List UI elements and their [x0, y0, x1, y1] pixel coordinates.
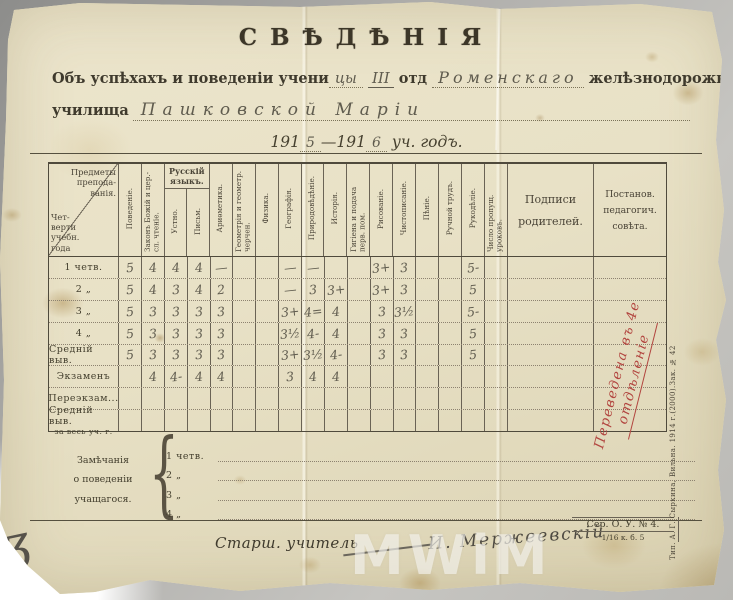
- handwritten-grade: 3½: [279, 325, 301, 342]
- grade-cell: 4: [211, 366, 234, 387]
- dotted-leader: [218, 466, 695, 481]
- grade-cell: [416, 257, 439, 278]
- row-label-text: 2 „: [76, 284, 92, 295]
- grade-cell: 4: [325, 301, 348, 322]
- grade-cell: 3+: [279, 345, 302, 366]
- column-header-text: Законъ Божій и цер.-сл. чтеніе.: [144, 166, 161, 252]
- row-label-text: 3 „: [76, 306, 92, 317]
- handwritten-grade: 4: [171, 260, 180, 276]
- handwritten-grade: 3+: [280, 347, 300, 364]
- grades-table-header: Предметы препода- ванія. Чет- верти учеб…: [49, 164, 666, 257]
- table-row: Средній выв.533333+3½4-335: [49, 345, 666, 367]
- grade-cell: [256, 279, 279, 300]
- grade-cell: [485, 257, 508, 278]
- grade-cell: 3: [371, 345, 394, 366]
- grade-cell: 5: [119, 323, 142, 344]
- grade-cell: 2: [211, 279, 234, 300]
- grade-cell: 3+: [325, 279, 348, 300]
- grade-cell: 3: [188, 301, 211, 322]
- row-label: Средній выв.за весь уч. г.: [49, 410, 119, 431]
- grade-cell: [394, 410, 417, 431]
- grade-cell: 5: [119, 257, 142, 278]
- handwritten-grade: 4: [148, 260, 157, 276]
- grade-cell: [462, 410, 485, 431]
- handwritten-grade: 3: [217, 303, 226, 319]
- intro-line-1: Объ успѣхахъ и поведеніи ученицы III отд…: [52, 68, 733, 87]
- grade-cell: [371, 388, 394, 409]
- grade-cell: [279, 388, 302, 409]
- handwritten-grade: 5-: [466, 303, 480, 319]
- year-prefix: 191: [270, 133, 300, 151]
- grade-cell: [233, 388, 256, 409]
- grade-cell: [233, 366, 256, 387]
- handwritten-grade: 3: [217, 347, 226, 363]
- grade-cell: [439, 410, 462, 431]
- handwritten-grade: 4-: [306, 325, 320, 341]
- grade-cell: 4: [142, 257, 165, 278]
- column-header: Письм.: [187, 189, 208, 256]
- handwritten-grade: 5: [125, 325, 134, 341]
- handwritten-grade: 3+: [372, 281, 392, 298]
- grade-cell: [416, 301, 439, 322]
- handwritten-grade: 3: [400, 347, 409, 363]
- series-number: Сер. О. У. № 4.: [572, 517, 674, 532]
- grade-cell: 3: [142, 301, 165, 322]
- column-header-signatures: Подписи родителей.: [508, 164, 594, 256]
- grade-cell: 3: [211, 345, 234, 366]
- remarks-rows: 1 четв. 2 „ 3 „ 4 „: [166, 442, 695, 520]
- grade-cell: [325, 410, 348, 431]
- column-header: Ариѳметика.: [210, 164, 233, 256]
- remarks-label-line3: учащагося.: [54, 490, 152, 509]
- handwritten-grade: 3: [400, 260, 409, 276]
- grade-cell: —: [211, 257, 234, 278]
- column-header: Физика.: [256, 164, 279, 256]
- handwritten-grade: 3: [217, 325, 226, 341]
- grade-cell: 3+: [371, 279, 394, 300]
- handwritten-grade: 4: [194, 281, 203, 297]
- table-row: 1 четв.5444———3+35-: [49, 257, 666, 279]
- grade-cell: [348, 345, 371, 366]
- grade-cell: 4: [165, 257, 188, 278]
- year-suffix: уч. годъ.: [392, 133, 463, 151]
- handwritten-grade: 3: [400, 281, 409, 297]
- column-header-text: Устно.: [171, 209, 180, 234]
- grade-cell: [256, 323, 279, 344]
- column-header-text: Физика.: [262, 193, 271, 224]
- grade-cell: 5: [462, 345, 485, 366]
- grade-cell: [233, 257, 256, 278]
- series-block: Сер. О. У. № 4. 1/16 к. б. 5: [572, 517, 679, 542]
- remarks-label: Замѣчанія о поведеніи учащагося.: [54, 451, 152, 509]
- grade-cell: 3: [142, 345, 165, 366]
- column-header: Чистописаніе.: [393, 164, 416, 256]
- remarks-row-label: 2 „: [166, 470, 218, 481]
- grade-cell: [439, 301, 462, 322]
- grade-cell: [485, 279, 508, 300]
- grade-cell: [256, 345, 279, 366]
- handwritten-grade: 4: [148, 369, 157, 385]
- signatures-label-line2: родителей.: [518, 215, 583, 228]
- handwritten-grade: 3: [377, 347, 386, 363]
- column-header: Рисованіе.: [370, 164, 393, 256]
- senior-teacher-label: Старш. учитель: [215, 534, 359, 552]
- handwritten-grade: 3½: [394, 303, 416, 320]
- grade-cell: [371, 410, 394, 431]
- grade-cell: [325, 388, 348, 409]
- row-label: Средній выв.: [49, 345, 119, 366]
- grade-cell: 3: [279, 366, 302, 387]
- handwritten-grade: 4: [148, 281, 157, 297]
- grade-cell: 4-: [165, 366, 188, 387]
- grade-cell: 4-: [302, 323, 325, 344]
- column-header: Законъ Божій и цер.-сл. чтеніе.: [142, 164, 165, 256]
- table-row: 3 „533333+4=433½5-: [49, 301, 666, 323]
- handwritten-grade: 5: [468, 347, 477, 363]
- parent-signature-cell: [508, 323, 594, 344]
- grade-cell: [348, 279, 371, 300]
- column-header: Поведеніе.: [119, 164, 142, 256]
- grade-cell: 3: [142, 323, 165, 344]
- grade-cell: 3: [165, 345, 188, 366]
- handwritten-student-name: Пашковской Маріи: [133, 100, 431, 120]
- handwritten-grade: 3: [171, 347, 180, 363]
- grade-cell: [233, 323, 256, 344]
- handwritten-grade: 4: [331, 369, 340, 385]
- row-label-text: Средній выв.: [49, 344, 118, 366]
- column-header: Гигіена и подача перв. пом.: [347, 164, 370, 256]
- handwritten-grade: 3: [171, 281, 180, 297]
- council-label-line1: Постанов.: [605, 189, 655, 200]
- price-note: 1/16 к. б. 5: [572, 532, 674, 542]
- grade-cell: 3: [165, 279, 188, 300]
- handwritten-grade: 3+: [372, 259, 392, 276]
- handwritten-grade: 3+: [326, 281, 346, 298]
- parent-signature-cell: [508, 301, 594, 322]
- column-header: Ручной трудъ.: [439, 164, 462, 256]
- column-header-text: Ариѳметика.: [216, 184, 225, 232]
- grade-cell: [485, 388, 508, 409]
- handwritten-grade: 4: [308, 369, 317, 385]
- grade-cell: 5: [462, 279, 485, 300]
- intro-line-2: училища Пашковской Маріи: [52, 100, 690, 121]
- intro-printed-text: Объ успѣхахъ и поведеніи учени: [52, 70, 329, 87]
- column-header-text: Ручной трудъ.: [446, 181, 455, 235]
- row-label: 4 „: [49, 323, 119, 344]
- column-header-text: Гигіена и подача перв. пом.: [350, 166, 367, 252]
- grades-rows: 1 четв.5444———3+35-2 „54342—33+3+353 „53…: [49, 257, 666, 431]
- grade-cell: 3+: [371, 257, 394, 278]
- grade-cell: 5: [119, 301, 142, 322]
- handwritten-grade: 3: [400, 325, 409, 341]
- grade-cell: [325, 257, 348, 278]
- column-header: Устно.: [165, 189, 187, 256]
- document-title: СВѢДѢНІЯ: [0, 24, 733, 51]
- grade-cell: [188, 410, 211, 431]
- grade-cell: [188, 388, 211, 409]
- handwritten-grade: 5: [468, 325, 477, 341]
- grade-cell: [211, 410, 234, 431]
- remarks-row: 1 четв.: [166, 442, 695, 462]
- grade-cell: [439, 323, 462, 344]
- table-row: 2 „54342—33+3+35: [49, 279, 666, 301]
- column-header-text: Чистописаніе.: [400, 181, 409, 235]
- handwritten-grade: 3: [171, 325, 180, 341]
- grade-cell: —: [279, 279, 302, 300]
- handwritten-grade: 4: [331, 325, 340, 341]
- grade-cell: 3: [394, 345, 417, 366]
- grade-cell: [348, 366, 371, 387]
- grade-cell: [119, 410, 142, 431]
- handwritten-grade: —: [306, 259, 320, 275]
- row-label-text: Средній выв.: [49, 405, 118, 427]
- grade-cell: [348, 323, 371, 344]
- handwritten-grade: 5: [468, 281, 477, 297]
- row-label: 3 „: [49, 301, 119, 322]
- school-year-line: 1915—1916 уч. годъ.: [0, 133, 733, 151]
- parent-signature-cell: [508, 366, 594, 387]
- grade-cell: 5: [119, 279, 142, 300]
- table-corner-cell: Предметы препода- ванія. Чет- верти учеб…: [49, 164, 119, 256]
- handwritten-grade: —: [283, 259, 297, 275]
- row-label-text: 4 „: [76, 328, 92, 339]
- row-label-text: Экзаменъ: [57, 371, 110, 382]
- table-row: Переэкзам...: [49, 388, 666, 410]
- handwritten-grade: 3: [377, 325, 386, 341]
- grade-cell: [211, 388, 234, 409]
- handwritten-grade: 2: [217, 281, 226, 297]
- column-header-text: Природовѣдѣніе.: [308, 176, 317, 240]
- grade-cell: [256, 388, 279, 409]
- column-header-text: Исторія.: [331, 192, 340, 224]
- grade-cell: 3½: [394, 301, 417, 322]
- dotted-leader: [218, 447, 695, 462]
- grade-cell: [439, 366, 462, 387]
- column-header-text: Письм.: [194, 208, 203, 235]
- grade-cell: [256, 410, 279, 431]
- column-header: Природовѣдѣніе.: [302, 164, 325, 256]
- handwritten-grade: 3: [148, 347, 157, 363]
- handwritten-student-suffix: цы: [329, 71, 363, 88]
- column-header-text: Рисованіе.: [377, 189, 386, 229]
- row-label-text: 1 четв.: [64, 262, 102, 273]
- grade-cell: 3: [165, 301, 188, 322]
- handwritten-year-from: 5: [300, 135, 321, 152]
- grades-header-columns: Поведеніе.Законъ Божій и цер.-сл. чтеніе…: [119, 164, 508, 256]
- corner-subjects-label: Предметы препода- ванія.: [66, 167, 116, 198]
- grade-cell: 3½: [302, 345, 325, 366]
- remarks-row: 3 „: [166, 481, 695, 501]
- grade-cell: 4: [302, 366, 325, 387]
- handwritten-grade: 4: [194, 369, 203, 385]
- grade-cell: 3: [165, 323, 188, 344]
- column-header-text: Рукодѣліе.: [469, 188, 478, 228]
- grade-cell: [439, 257, 462, 278]
- handwritten-year-to: 6: [366, 135, 387, 152]
- grade-cell: 3½: [279, 323, 302, 344]
- grade-cell: 4: [325, 366, 348, 387]
- grade-cell: 5-: [462, 301, 485, 322]
- remarks-label-line1: Замѣчанія: [54, 451, 152, 470]
- grade-cell: [485, 345, 508, 366]
- parent-signature-cell: [508, 410, 594, 431]
- remarks-row: 2 „: [166, 462, 695, 482]
- grade-cell: 4-: [325, 345, 348, 366]
- grade-cell: 5-: [462, 257, 485, 278]
- grade-cell: [416, 388, 439, 409]
- parent-signature-cell: [508, 388, 594, 409]
- handwritten-name-line: Пашковской Маріи: [133, 100, 690, 121]
- grade-cell: 3: [394, 257, 417, 278]
- handwritten-grade: 3: [194, 303, 203, 319]
- handwritten-grade: 3½: [302, 346, 324, 363]
- signatures-label-line1: Подписи: [525, 193, 576, 206]
- grade-cell: 4: [188, 279, 211, 300]
- behavior-remarks-section: Замѣчанія о поведеніи учащагося. { 1 чет…: [48, 437, 695, 519]
- handwritten-grade: 3+: [280, 303, 300, 320]
- handwritten-grade: 3: [171, 303, 180, 319]
- remarks-label-line2: о поведеніи: [54, 470, 152, 489]
- table-row: Экзаменъ44-44344: [49, 366, 666, 388]
- grade-cell: [485, 366, 508, 387]
- handwritten-grade: 4: [217, 369, 226, 385]
- handwritten-grade: 5: [125, 281, 134, 297]
- grade-cell: [165, 388, 188, 409]
- intro-printed-railway: желѣзнодорожнаго: [589, 70, 733, 87]
- intro-printed-otd: отд: [399, 70, 427, 87]
- grade-cell: 3: [394, 279, 417, 300]
- grade-cell: [233, 301, 256, 322]
- handwritten-grade: 3: [194, 347, 203, 363]
- grade-cell: [394, 366, 417, 387]
- handwritten-grade: 3: [285, 369, 294, 385]
- grade-cell: [416, 410, 439, 431]
- column-header-text: Число пропущ. уроковъ.: [487, 166, 504, 252]
- grade-cell: [416, 279, 439, 300]
- grade-cell: 4: [325, 323, 348, 344]
- column-header-text: Поведеніе.: [126, 188, 135, 229]
- grade-cell: [416, 345, 439, 366]
- grade-cell: 3: [211, 323, 234, 344]
- column-group-label: Русскій языкъ.: [165, 164, 209, 189]
- grade-cell: [485, 323, 508, 344]
- grade-cell: [485, 301, 508, 322]
- grade-cell: [348, 410, 371, 431]
- handwritten-grade: 5: [125, 303, 134, 319]
- grade-cell: [462, 366, 485, 387]
- parent-signature-cell: [508, 279, 594, 300]
- column-header: Рукодѣліе.: [462, 164, 485, 256]
- grade-cell: —: [302, 257, 325, 278]
- column-header: Пѣніе.: [416, 164, 439, 256]
- grade-cell: [371, 366, 394, 387]
- table-row: 4 „533333½4-4335: [49, 323, 666, 345]
- handwritten-grade: 5: [125, 260, 134, 276]
- table-row: Средній выв.за весь уч. г.: [49, 410, 666, 431]
- grade-cell: [439, 345, 462, 366]
- pen-flourish: ʒ: [0, 514, 35, 574]
- grade-cell: 3: [371, 301, 394, 322]
- column-group-russian: Русскій языкъ.Устно.Письм.: [165, 164, 210, 256]
- handwritten-grade: 3: [194, 325, 203, 341]
- council-label-line2: педагогич.: [603, 205, 657, 216]
- handwritten-grade: 4-: [169, 369, 183, 385]
- grade-cell: [416, 323, 439, 344]
- grade-cell: [302, 388, 325, 409]
- handwritten-grade: 3: [148, 303, 157, 319]
- column-header: Исторія.: [324, 164, 347, 256]
- year-dash: —191: [321, 133, 366, 151]
- grade-cell: [142, 388, 165, 409]
- handwritten-division-number: III: [368, 69, 394, 88]
- grade-cell: [439, 279, 462, 300]
- grade-cell: 4: [188, 366, 211, 387]
- column-header: Географія.: [279, 164, 302, 256]
- grade-cell: [348, 388, 371, 409]
- grade-cell: —: [279, 257, 302, 278]
- grade-cell: 5: [119, 345, 142, 366]
- grade-cell: 3: [188, 323, 211, 344]
- grades-table: Предметы препода- ванія. Чет- верти учеб…: [48, 162, 667, 432]
- handwritten-grade: 3: [308, 281, 317, 297]
- grade-cell: [348, 257, 371, 278]
- handwritten-grade: 5: [125, 347, 134, 363]
- corner-quarters-label: Чет- верти учебн. года: [51, 212, 97, 253]
- handwritten-grade: 3: [377, 303, 386, 319]
- handwritten-grade: 5-: [466, 259, 480, 275]
- grade-cell: [302, 410, 325, 431]
- grade-cell: [439, 388, 462, 409]
- column-header-council: Постанов. педагогич. совѣта.: [594, 164, 666, 256]
- column-header: Геометрія и геометр. черчен.: [233, 164, 256, 256]
- grade-cell: [233, 279, 256, 300]
- handwritten-grade: —: [214, 259, 228, 275]
- grade-cell: 3: [302, 279, 325, 300]
- grade-cell: [256, 301, 279, 322]
- grade-cell: [119, 366, 142, 387]
- handwritten-grade: —: [283, 281, 297, 297]
- grade-cell: 4: [142, 366, 165, 387]
- grade-cell: 3: [211, 301, 234, 322]
- row-label: Экзаменъ: [49, 366, 119, 387]
- paper-sheet: СВѢДѢНІЯ Объ успѣхахъ и поведеніи учениц…: [0, 0, 733, 600]
- row-label-text-2: за весь уч. г.: [54, 427, 112, 436]
- remarks-row-label: 4 „: [166, 509, 218, 520]
- row-label: 1 четв.: [49, 257, 119, 278]
- museum-watermark: MWiM: [350, 524, 552, 587]
- parent-signature-cell: [508, 257, 594, 278]
- column-header: Число пропущ. уроковъ.: [485, 164, 508, 256]
- printer-imprint: Тип. А. Г. Сыркина, Вильна. 1914 г.(2000…: [669, 288, 684, 560]
- grade-cell: [348, 301, 371, 322]
- grade-cell: [119, 388, 142, 409]
- grade-cell: 5: [462, 323, 485, 344]
- intro-printed-school-label: училища: [52, 102, 129, 119]
- grade-cell: 3+: [279, 301, 302, 322]
- grade-cell: [233, 345, 256, 366]
- grade-cell: [416, 366, 439, 387]
- council-label-line3: совѣта.: [612, 221, 647, 232]
- row-label: 2 „: [49, 279, 119, 300]
- grade-cell: 3: [188, 345, 211, 366]
- handwritten-grade: 4-: [329, 347, 343, 363]
- grade-cell: [256, 366, 279, 387]
- grade-cell: [394, 388, 417, 409]
- grade-cell: 4: [142, 279, 165, 300]
- handwritten-grade: 4: [194, 260, 203, 276]
- grade-cell: [485, 410, 508, 431]
- grade-cell: 3: [394, 323, 417, 344]
